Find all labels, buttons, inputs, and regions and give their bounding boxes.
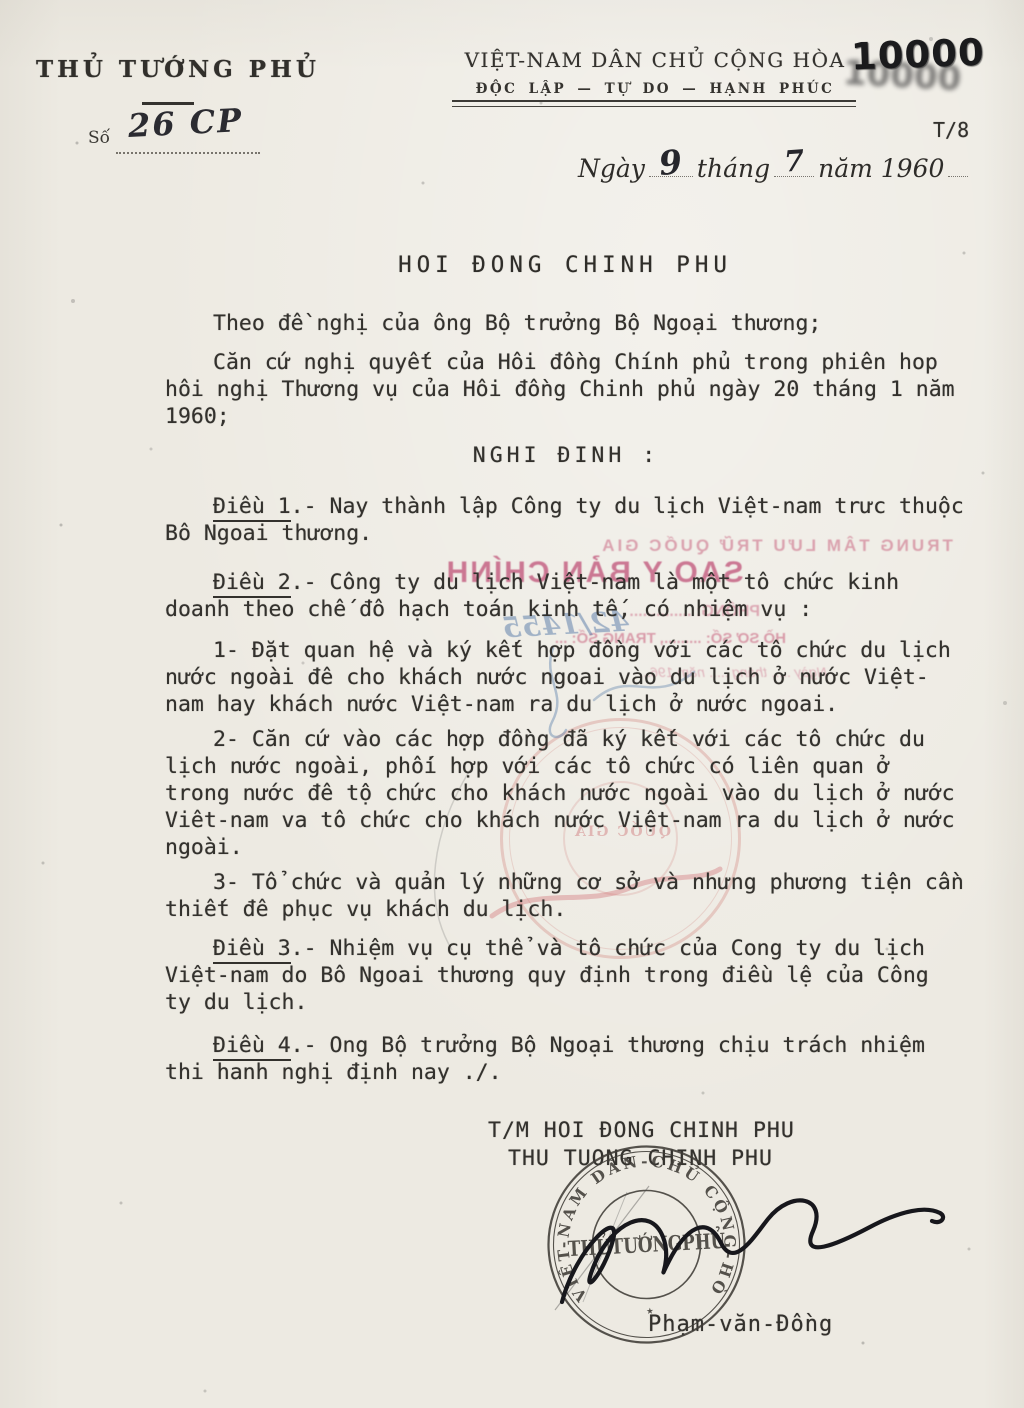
scanned-decree-page: THỦ TƯỚNG PHỦ Số 26 CP VIỆT-NAM DÂN CHỦ … (0, 0, 1024, 1408)
signature-stroke (562, 1200, 943, 1302)
handwritten-signature (0, 0, 1024, 1408)
